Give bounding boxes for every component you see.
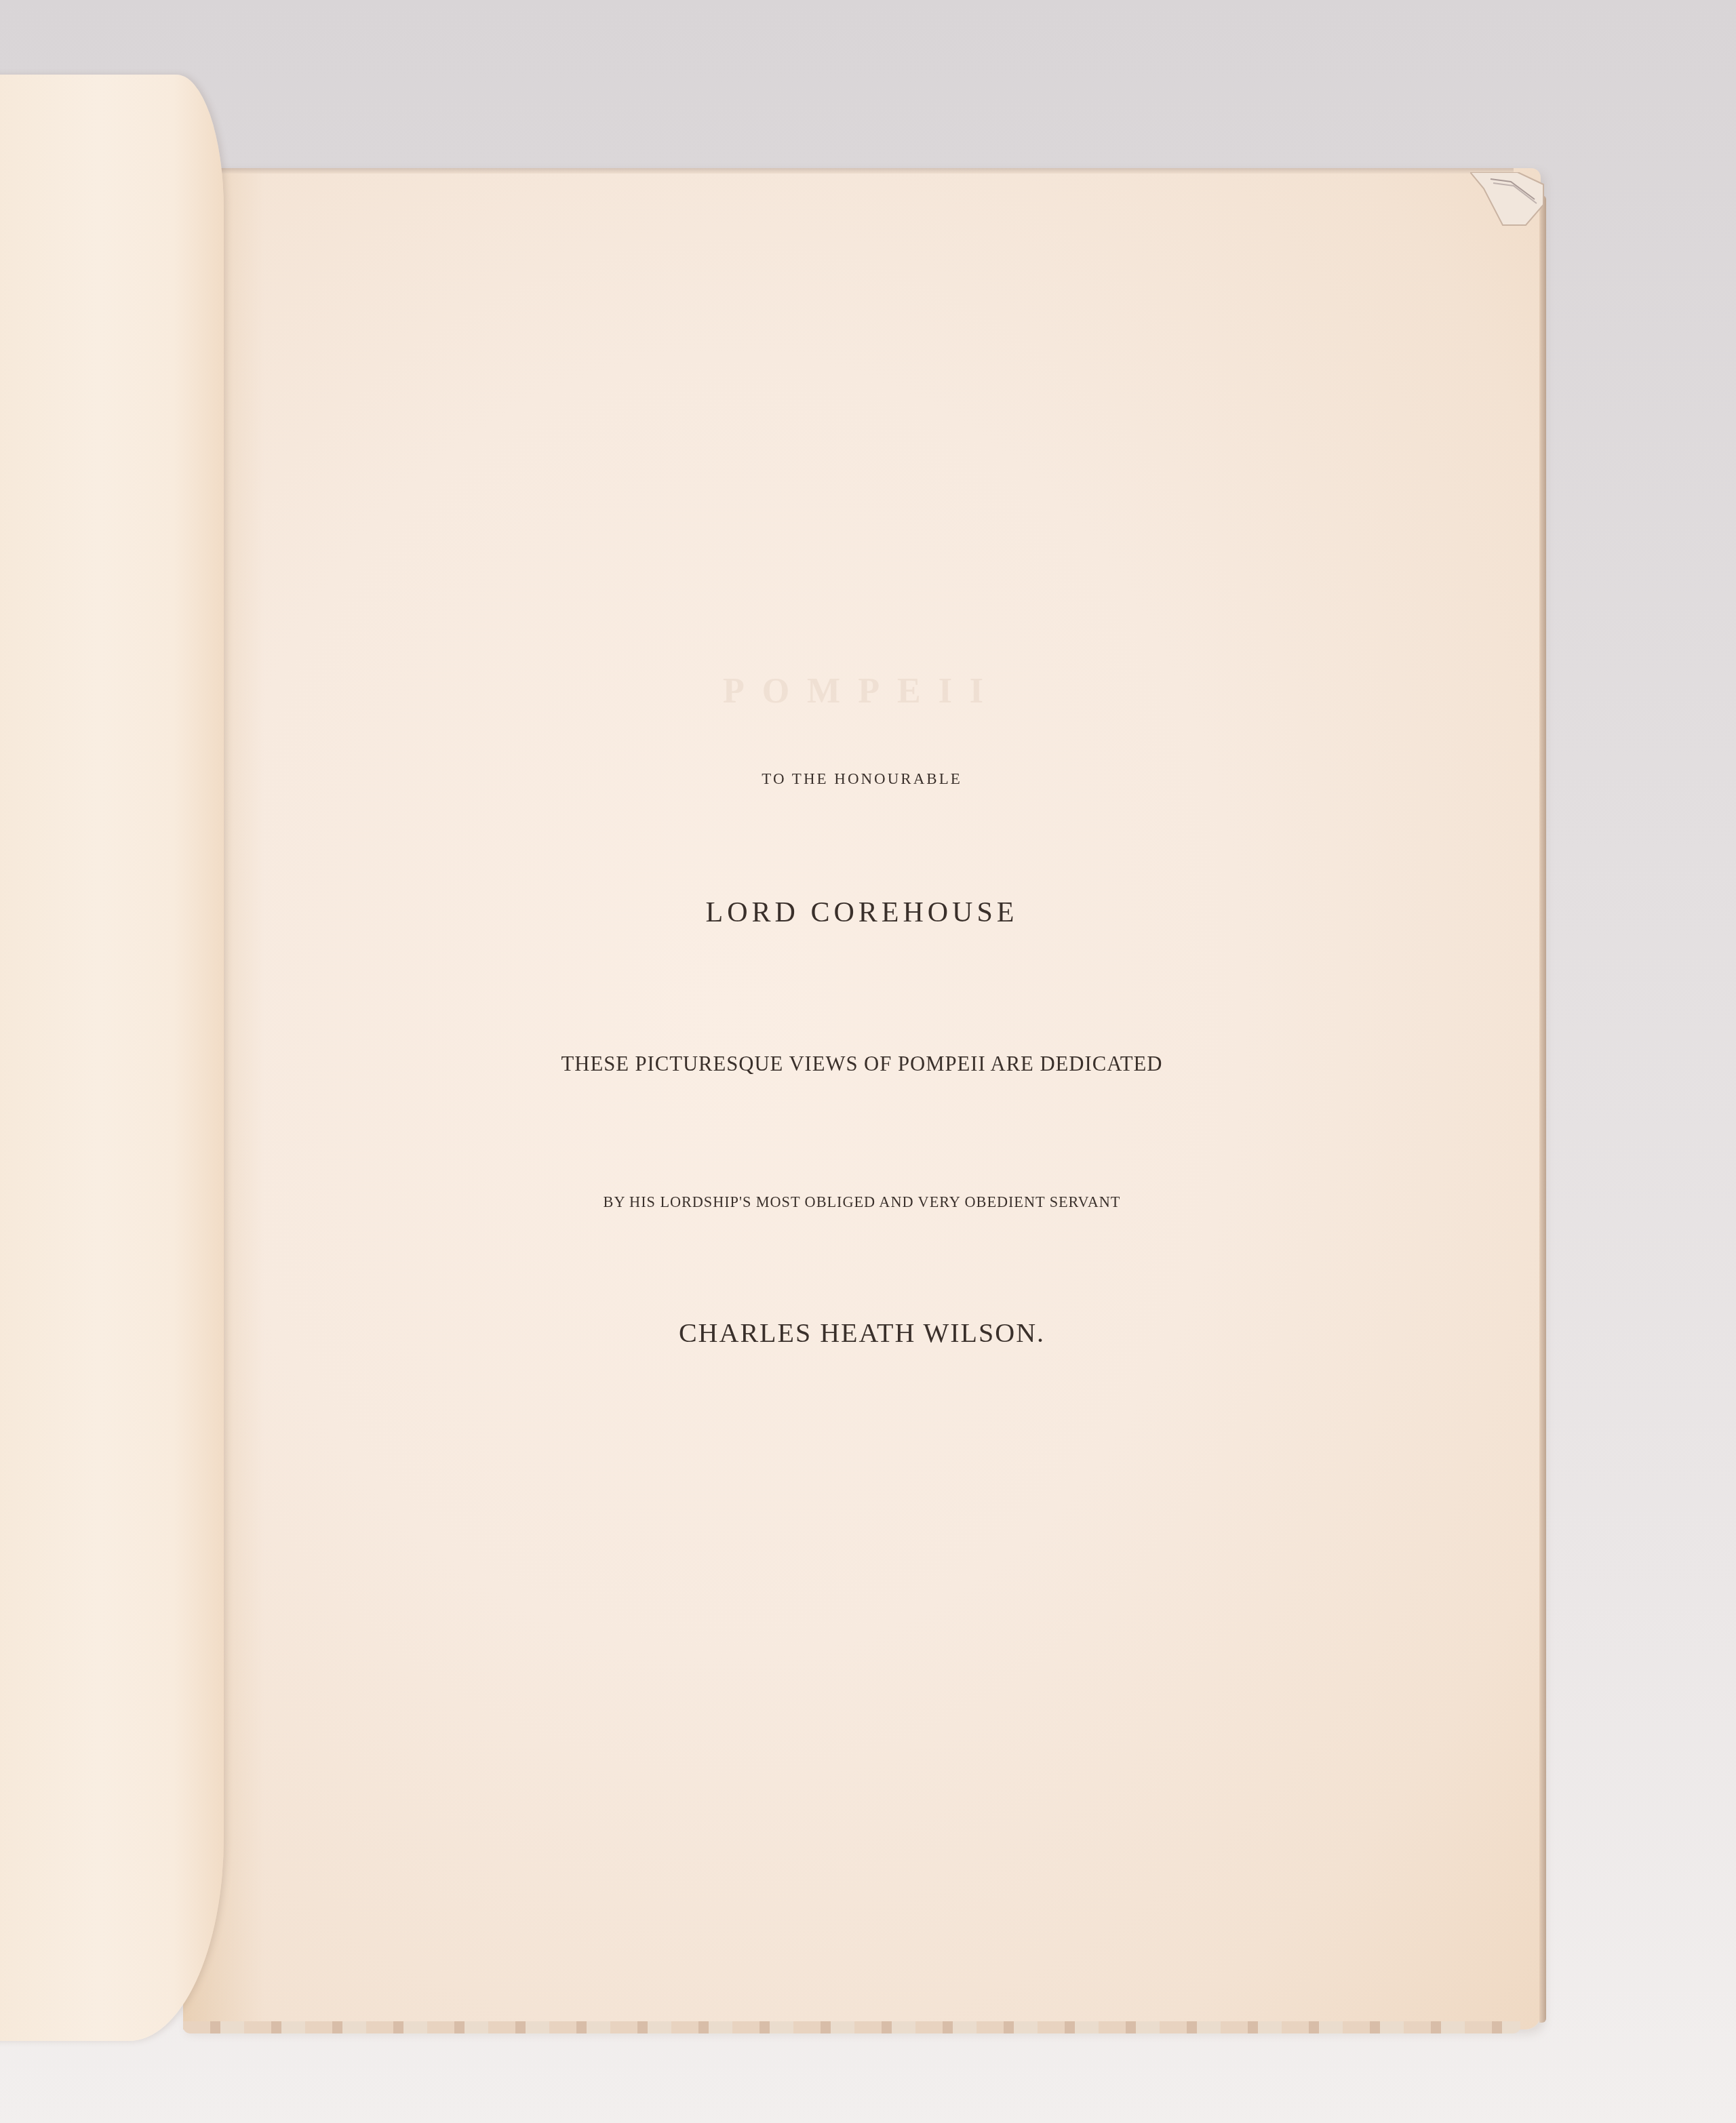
left-page-curl	[0, 75, 224, 2041]
dedication-line-to-the-honourable: TO THE HONOURABLE	[183, 770, 1541, 788]
dedication-line-recipient: LORD COREHOUSE	[183, 896, 1541, 929]
dedication-line-closing: BY HIS LORDSHIP'S MOST OBLIGED AND VERY …	[231, 1193, 1493, 1212]
page-fore-edge	[1539, 195, 1546, 2023]
page-top-edge	[183, 168, 1514, 174]
dedication-line-statement: THESE PICTURESQUE VIEWS OF POMPEII ARE D…	[210, 1051, 1514, 1076]
right-page: POMPEII TO THE HONOURABLE LORD COREHOUSE…	[183, 168, 1541, 2029]
page-bottom-edge	[183, 2021, 1520, 2033]
dedication-line-author: CHARLES HEATH WILSON.	[183, 1317, 1541, 1349]
show-through-title: POMPEII	[183, 671, 1541, 711]
photo-scene: POMPEII TO THE HONOURABLE LORD COREHOUSE…	[0, 0, 1736, 2123]
folded-corner-icon	[1470, 172, 1545, 226]
